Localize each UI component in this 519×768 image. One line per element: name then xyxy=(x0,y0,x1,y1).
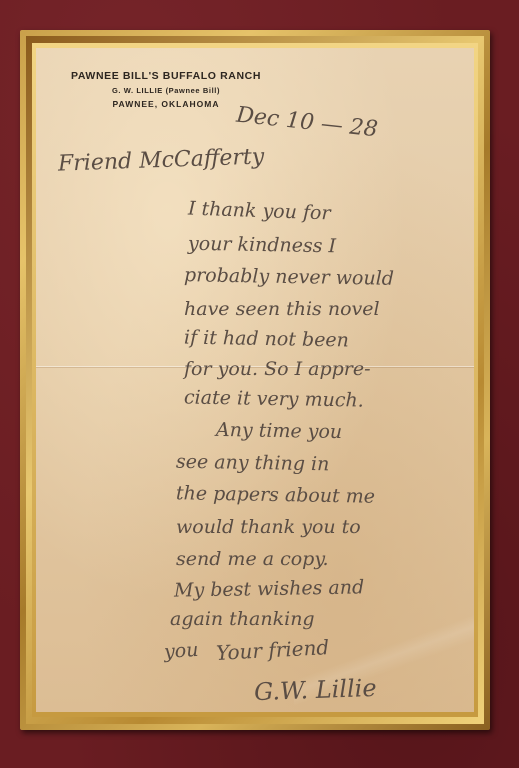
body-line: again thanking xyxy=(170,608,315,630)
letterhead-proprietor: G. W. LILLIE (Pawnee Bill) xyxy=(56,86,276,95)
body-line: your kindness I xyxy=(188,233,336,258)
body-line: for you. So I appre- xyxy=(184,358,371,380)
body-line: would thank you to xyxy=(176,516,361,538)
body-line: Any time you xyxy=(216,419,343,443)
body-line: send me a copy. xyxy=(176,548,329,570)
letter-paper: PAWNEE BILL'S BUFFALO RANCH G. W. LILLIE… xyxy=(36,48,474,712)
letterhead-ranch-name: PAWNEE BILL'S BUFFALO RANCH xyxy=(56,70,276,82)
body-line: have seen this novel xyxy=(184,298,380,320)
body-line: if it had not been xyxy=(184,327,349,352)
body-line: My best wishes and xyxy=(174,576,365,601)
letter-date: Dec 10 — 28 xyxy=(235,103,379,143)
body-line: ciate it very much. xyxy=(184,386,364,411)
body-line: you xyxy=(163,639,199,663)
letter-salutation: Friend McCafferty xyxy=(58,144,265,176)
letter-signature: G.W. Lillie xyxy=(254,674,377,706)
body-line: see any thing in xyxy=(176,451,330,476)
body-line: probably never would xyxy=(184,264,394,290)
picture-frame: PAWNEE BILL'S BUFFALO RANCH G. W. LILLIE… xyxy=(20,30,490,730)
body-line: I thank you for xyxy=(188,198,331,225)
body-line: the papers about me xyxy=(176,482,375,507)
